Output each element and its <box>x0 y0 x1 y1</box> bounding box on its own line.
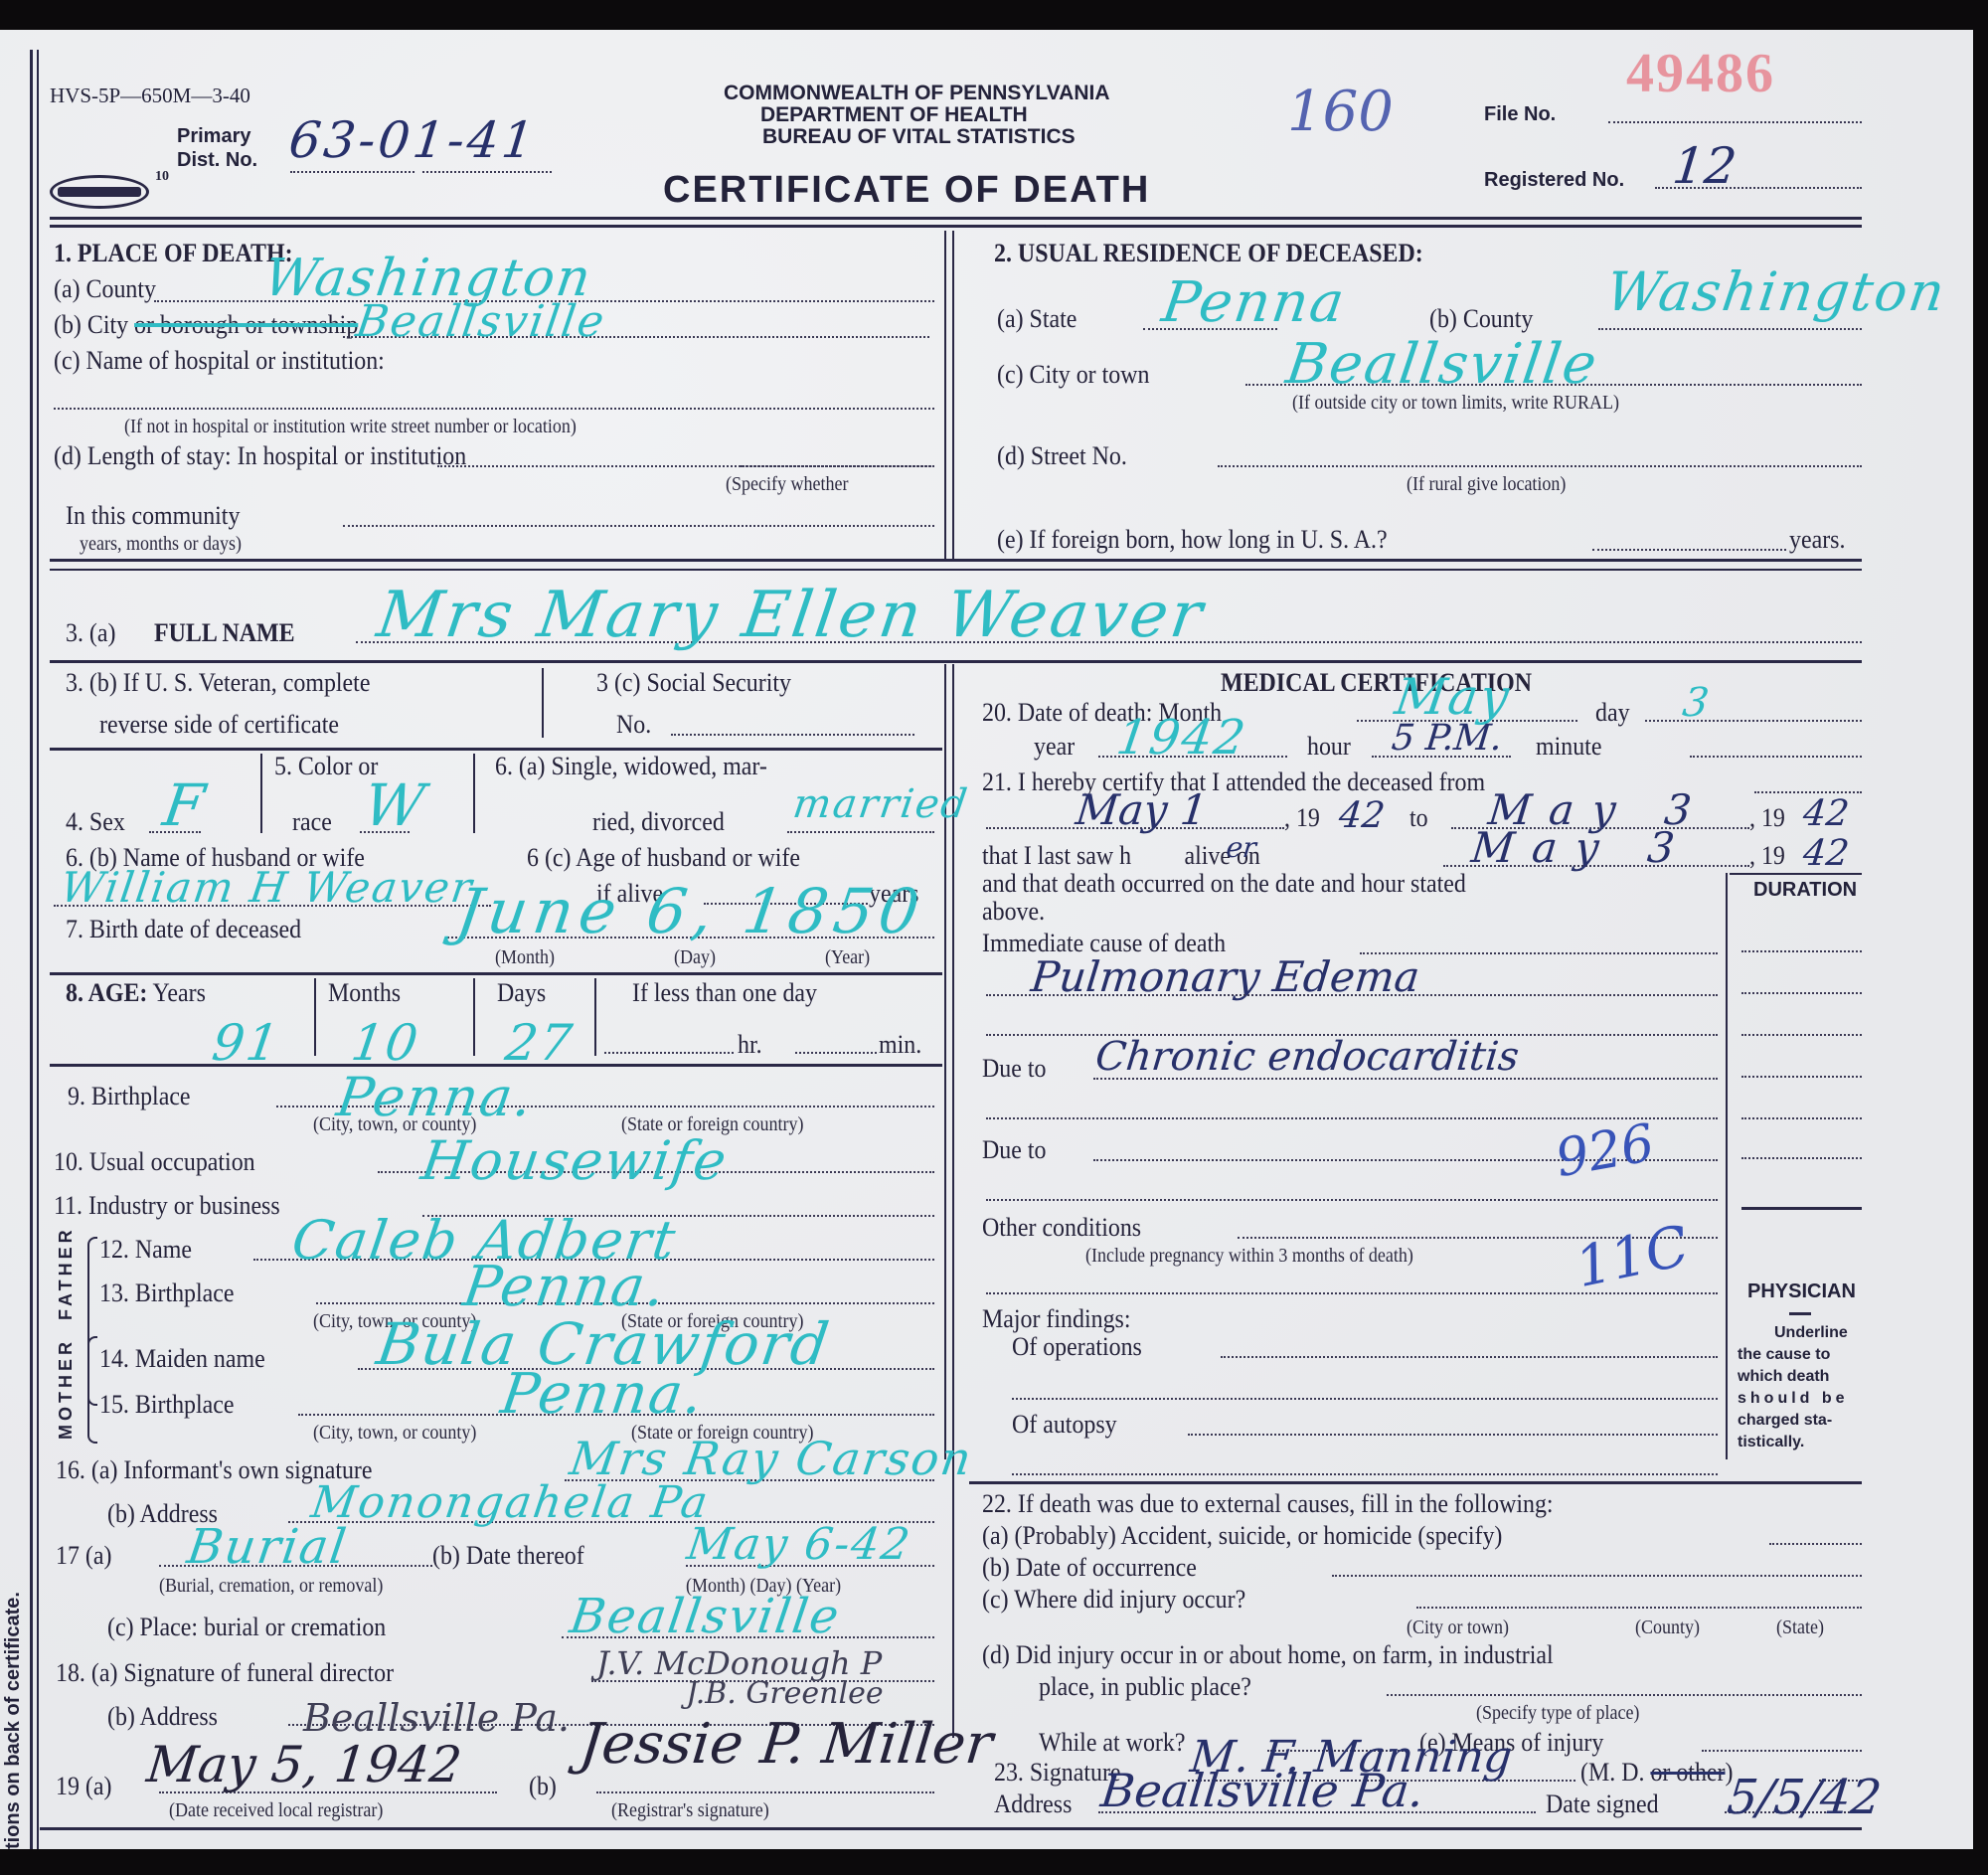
primary-dist-label-1: Primary <box>177 125 251 148</box>
attended-from-value: May 1 <box>1074 785 1210 834</box>
attended-from-year: 42 <box>1337 795 1387 836</box>
age-divider-3 <box>594 978 596 1056</box>
disposition-date-label: (b) Date thereof <box>432 1541 584 1571</box>
primary-dist-label-2: Dist. No. <box>177 149 257 172</box>
due-to-line-2b[interactable] <box>986 1199 1718 1201</box>
means-of-injury-field[interactable] <box>1702 1750 1862 1752</box>
physician-note-6: tistically. <box>1738 1434 1804 1451</box>
external-b-label: (b) Date of occurrence <box>982 1553 1197 1583</box>
external-c-note-2: (County) <box>1635 1617 1700 1639</box>
length-of-stay-label: (d) Length of stay: In hospital or insti… <box>54 441 466 471</box>
header-rule-1 <box>50 217 1862 220</box>
other-conditions-note: (Include pregnancy within 3 months of de… <box>1085 1245 1413 1268</box>
disposition-note: (Burial, cremation, or removal) <box>159 1575 383 1598</box>
foreign-born-label: (e) If foreign born, how long in U. S. A… <box>997 525 1388 555</box>
disposition-value: Burial <box>184 1519 351 1575</box>
operations-line-2[interactable] <box>1012 1398 1718 1400</box>
occurred-label-2: above. <box>982 897 1045 927</box>
external-c-field[interactable] <box>1416 1607 1862 1609</box>
community-note: years, months or days) <box>80 533 242 556</box>
agency-line-3: BUREAU OF VITAL STATISTICS <box>762 125 1076 149</box>
physician-note-3: which death <box>1738 1368 1829 1386</box>
attended-to-year-prefix: , 19 <box>1749 803 1785 833</box>
physician-address-label: Address <box>994 1790 1072 1819</box>
row-rule-age <box>50 972 942 975</box>
duration-field-6[interactable] <box>1741 1157 1862 1159</box>
place-of-death-heading: 1. PLACE OF DEATH: <box>54 239 293 268</box>
last-saw-pronoun: er <box>1225 831 1257 864</box>
autopsy-label: Of autopsy <box>1012 1410 1117 1440</box>
hospital-field[interactable] <box>54 408 934 410</box>
specify-note: (Specify whether <box>726 473 848 496</box>
birth-day-note: (Day) <box>674 946 716 969</box>
veteran-divider <box>542 668 544 738</box>
father-birthplace-label: 13. Birthplace <box>99 1278 235 1308</box>
header-rule-2 <box>50 225 1862 228</box>
spouse-value: William H Weaver <box>58 863 477 912</box>
residence-heading: 2. USUAL RESIDENCE OF DECEASED: <box>994 239 1423 268</box>
age-hr-label: hr. <box>738 1030 762 1060</box>
parents-brace-lower <box>87 1336 97 1444</box>
funeral-address-value: Beallsville Pa. <box>303 1696 570 1740</box>
foreign-born-field[interactable] <box>1592 549 1786 551</box>
margin-note: 160 <box>1287 80 1394 144</box>
death-hour-label: hour <box>1307 732 1351 762</box>
father-name-label: 12. Name <box>99 1235 192 1265</box>
death-county-label: (a) County <box>54 274 156 304</box>
duration-bottom-rule <box>1741 1207 1862 1210</box>
age-label: 8. AGE: Years <box>66 978 206 1008</box>
left-border-inner <box>37 50 39 1849</box>
residence-county-field[interactable] <box>1598 328 1862 330</box>
column-divider-upper-2 <box>952 231 954 559</box>
duration-field-2[interactable] <box>1741 992 1862 994</box>
age-min-label: min. <box>879 1030 921 1060</box>
death-day-field[interactable] <box>1645 720 1862 722</box>
birthplace-label: 9. Birthplace <box>68 1082 191 1111</box>
external-a-label: (a) (Probably) Accident, suicide, or hom… <box>982 1521 1502 1551</box>
death-day-label: day <box>1595 698 1630 728</box>
external-a-field[interactable] <box>1769 1543 1862 1545</box>
section-rule-1 <box>50 559 1862 562</box>
physician-note-1: Underline <box>1774 1324 1848 1342</box>
physician-heading: PHYSICIAN <box>1747 1280 1856 1303</box>
occupation-label: 10. Usual occupation <box>54 1147 255 1177</box>
external-heading: 22. If death was due to external causes,… <box>982 1489 1554 1519</box>
community-field[interactable] <box>343 525 934 527</box>
due-to-line-1b[interactable] <box>986 1117 1718 1119</box>
death-city-label: (b) City or borough or township <box>54 310 358 340</box>
bottom-rule <box>40 1827 1862 1830</box>
residence-county-label: (b) County <box>1429 304 1533 334</box>
immediate-cause-line-2[interactable] <box>986 994 1718 996</box>
funeral-director-value-2: J.B. Greenlee <box>686 1676 884 1711</box>
mother-city-note: (City, town, or county) <box>313 1422 476 1445</box>
external-d-label-2: place, in public place? <box>1039 1672 1251 1702</box>
while-at-work-label: While at work? <box>1039 1728 1185 1758</box>
registrar-signature-field[interactable] <box>596 1791 934 1793</box>
duration-divider <box>1726 873 1728 1459</box>
attended-to-label: to <box>1409 803 1428 833</box>
duration-heading: DURATION <box>1753 879 1857 902</box>
physician-note-4: should be <box>1738 1390 1849 1408</box>
last-saw-year: 42 <box>1801 833 1851 874</box>
birth-month-note: (Month) <box>495 946 555 969</box>
operations-label: Of operations <box>1012 1332 1142 1362</box>
duration-field-4[interactable] <box>1741 1076 1862 1078</box>
funeral-director-label: 18. (a) Signature of funeral director <box>56 1658 394 1688</box>
major-findings-label: Major findings: <box>982 1304 1131 1334</box>
attended-to-year: 42 <box>1801 793 1851 834</box>
date-signed-value: 5/5/42 <box>1725 1770 1884 1825</box>
ssn-label-1: 3 (c) Social Security <box>596 668 791 698</box>
due-to-value-1: Chronic endocarditis <box>1093 1034 1521 1080</box>
residence-city-value: Beallsville <box>1282 332 1602 397</box>
file-no-field[interactable] <box>1608 121 1862 123</box>
date-signed-label: Date signed <box>1546 1790 1659 1819</box>
burial-place-value: Beallsville <box>567 1589 844 1644</box>
death-minute-label: minute <box>1536 732 1601 762</box>
external-d-label-1: (d) Did injury occur in or about home, o… <box>982 1640 1554 1670</box>
other-conditions-line-2[interactable] <box>986 1292 1718 1294</box>
column-divider-upper-1 <box>944 231 946 559</box>
margin-instructions: tions on back of certificate. <box>2 1592 25 1849</box>
marital-label-1: 6. (a) Single, widowed, mar- <box>495 752 767 781</box>
residence-county-value: Washington <box>1602 260 1950 323</box>
sex-divider <box>260 754 262 833</box>
marital-label-2: ried, divorced <box>592 807 725 837</box>
industry-label: 11. Industry or business <box>54 1191 280 1221</box>
union-label-seal-icon <box>50 175 149 209</box>
seal-number: 10 <box>155 169 169 185</box>
color-label-1: 5. Color or <box>274 752 378 781</box>
full-name-label-num: 3. (a) <box>66 618 115 648</box>
primary-dist-value: 63-01-41 <box>286 111 540 169</box>
agency-line-2: DEPARTMENT OF HEALTH <box>760 103 1028 127</box>
agency-line-1: COMMONWEALTH OF PENNSYLVANIA <box>724 82 1109 105</box>
disposition-label: 17 (a) <box>56 1541 111 1571</box>
age-hr-field[interactable] <box>604 1052 734 1054</box>
color-value: W <box>360 771 430 839</box>
age-min-field[interactable] <box>795 1052 877 1054</box>
row-rule-sex <box>50 748 942 751</box>
community-label: In this community <box>66 501 240 531</box>
last-saw-value: May 3 <box>1469 823 1695 872</box>
informant-address-value: Monongahela Pa <box>308 1477 713 1528</box>
physician-address-value: Beallsville Pa. <box>1098 1764 1426 1817</box>
full-name-label: FULL NAME <box>154 618 295 648</box>
mother-birthplace-label: 15. Birthplace <box>99 1390 235 1420</box>
duration-field-5[interactable] <box>1741 1117 1862 1119</box>
death-year-label: year <box>1034 732 1075 762</box>
section-rule-2 <box>50 660 1862 663</box>
form-code: HVS-5P—650M—3-40 <box>50 84 250 108</box>
residence-street-field[interactable] <box>1218 465 1862 467</box>
marital-value: married <box>790 781 972 827</box>
page-title: CERTIFICATE OF DEATH <box>663 169 1150 212</box>
left-border-outer <box>30 50 33 1849</box>
parents-side-label: MOTHER FATHER <box>56 1226 77 1440</box>
hospital-label: (c) Name of hospital or institution: <box>54 346 385 376</box>
last-saw-label: that I last saw halive on <box>982 841 1260 871</box>
spouse-age-label-1: 6 (c) Age of husband or wife <box>527 843 800 873</box>
physician-dash <box>1789 1312 1811 1315</box>
registrar-date-note: (Date received local registrar) <box>169 1799 383 1822</box>
funeral-address-label: (b) Address <box>107 1702 218 1732</box>
birth-date-value: June 6, 1850 <box>452 875 929 947</box>
death-hour-value: 5 P.M. <box>1390 718 1504 759</box>
birth-year-note: (Year) <box>825 946 870 969</box>
residence-street-note: (If rural give location) <box>1407 473 1566 496</box>
primary-dist-line-2 <box>422 171 552 173</box>
length-of-stay-field[interactable] <box>741 465 934 467</box>
external-c-label: (c) Where did injury occur? <box>982 1585 1245 1615</box>
autopsy-field[interactable] <box>1188 1434 1718 1436</box>
registrar-signature-note: (Registrar's signature) <box>611 1799 769 1822</box>
occupation-value: Housewife <box>417 1129 732 1192</box>
residence-state-label: (a) State <box>997 304 1077 334</box>
md-label: (M. D. or other) <box>1580 1758 1733 1788</box>
age-days-label: Days <box>497 978 546 1008</box>
veteran-label-1: 3. (b) If U. S. Veteran, complete <box>66 668 370 698</box>
ssn-field[interactable] <box>671 734 914 736</box>
registrar-date-value: May 5, 1942 <box>144 1736 464 1793</box>
external-d-note: (Specify type of place) <box>1476 1702 1639 1725</box>
duration-field-1[interactable] <box>1741 950 1862 952</box>
death-year-value: 1942 <box>1113 710 1250 766</box>
age-less-label: If less than one day <box>632 978 817 1008</box>
registered-no-label: Registered No. <box>1484 169 1624 192</box>
external-c-note-3: (State) <box>1776 1617 1824 1639</box>
external-b-field[interactable] <box>1332 1575 1862 1577</box>
registrar-label-b: (b) <box>529 1772 557 1801</box>
ssn-label-2: No. <box>616 710 651 740</box>
section-rule-1b <box>50 569 1862 571</box>
physician-note-5: charged sta- <box>1738 1412 1832 1430</box>
color-divider <box>473 754 475 833</box>
age-divider-1 <box>314 978 316 1056</box>
veteran-label-2: reverse side of certificate <box>99 710 339 740</box>
sex-label: 4. Sex <box>66 807 125 837</box>
file-no-label: File No. <box>1484 103 1556 126</box>
hospital-note: (If not in hospital or institution write… <box>124 416 577 438</box>
registered-no-field[interactable] <box>1655 187 1862 189</box>
residence-city-label: (c) City or town <box>997 360 1149 390</box>
death-minute-field[interactable] <box>1690 756 1862 758</box>
residence-street-label: (d) Street No. <box>997 441 1127 471</box>
full-name-value: Mrs Mary Ellen Weaver <box>373 579 1210 652</box>
last-saw-year-prefix: , 19 <box>1749 841 1785 871</box>
age-divider-2 <box>473 978 475 1056</box>
color-label-2: race <box>292 807 332 837</box>
operations-field[interactable] <box>1221 1356 1718 1358</box>
disposition-date-value: May 6-42 <box>684 1519 914 1570</box>
residence-state-value: Penna <box>1158 270 1350 335</box>
occurred-label-1: and that death occurred on the date and … <box>982 869 1466 899</box>
registrar-label-a: 19 (a) <box>56 1772 111 1801</box>
external-d-field[interactable] <box>1387 1694 1862 1696</box>
burial-place-label: (c) Place: burial or cremation <box>107 1613 386 1642</box>
registrar-signature-value: Jessie P. Miller <box>577 1712 996 1777</box>
other-conditions-label: Other conditions <box>982 1213 1141 1243</box>
mother-birthplace-value: Penna. <box>497 1362 709 1427</box>
marital-field[interactable] <box>787 831 934 833</box>
residence-city-note: (If outside city or town limits, write R… <box>1292 392 1619 415</box>
physician-note-2: the cause to <box>1738 1346 1830 1364</box>
file-stamp-number: 49486 <box>1626 42 1775 105</box>
due-to-label-2: Due to <box>982 1135 1046 1165</box>
external-causes-rule <box>969 1481 1862 1484</box>
certify-label: 21. I hereby certify that I attended the… <box>982 767 1485 797</box>
death-city-value: Beallsville <box>353 296 609 347</box>
attended-from-year-prefix: , 19 <box>1284 803 1320 833</box>
birth-date-label: 7. Birth date of deceased <box>66 915 301 944</box>
foreign-born-unit: years. <box>1789 525 1845 555</box>
duration-top-rule <box>1730 873 1862 875</box>
duration-field-3[interactable] <box>1741 1034 1862 1036</box>
due-to-label-1: Due to <box>982 1054 1046 1084</box>
primary-dist-line-1 <box>290 171 414 173</box>
age-months-label: Months <box>328 978 401 1008</box>
autopsy-line-2[interactable] <box>1012 1473 1718 1475</box>
external-c-note-1: (City or town) <box>1407 1617 1509 1639</box>
mother-name-label: 14. Maiden name <box>99 1344 265 1374</box>
